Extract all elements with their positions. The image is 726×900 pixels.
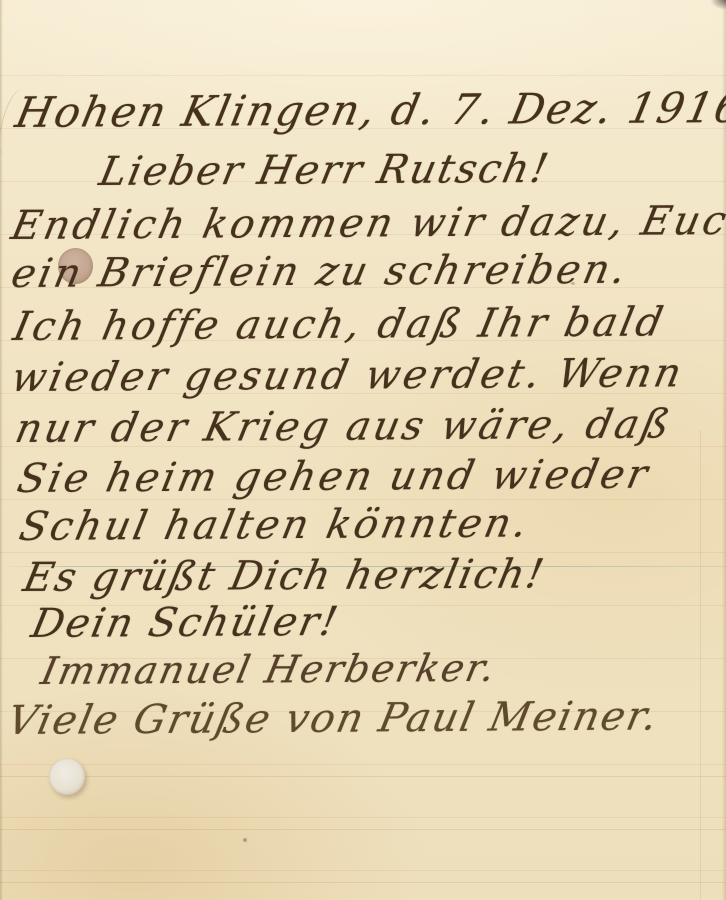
- paper-edge-right: [722, 0, 726, 900]
- signature: Immanuel Herberker.: [38, 649, 500, 690]
- corner-shadow: [710, 0, 726, 10]
- punch-hole-bottom: [49, 758, 85, 795]
- salutation: Lieber Herr Rutsch!: [96, 149, 553, 192]
- body-line: wieder gesund werdet. Wenn: [8, 353, 688, 398]
- body-line: Ich hoffe auch, daß Ihr bald: [10, 302, 669, 347]
- closing-line: Es grüßt Dich herzlich!: [20, 554, 549, 598]
- letter-page: Hohen Klingen, d. 7. Dez. 1916. Lieber H…: [0, 0, 726, 900]
- postscript: Viele Grüße von Paul Meiner.: [4, 696, 663, 741]
- dateline: Hohen Klingen, d. 7. Dez. 1916.: [12, 87, 726, 134]
- body-line: nur der Krieg aus wäre, daß: [12, 404, 676, 449]
- paper-speck: [571, 282, 575, 285]
- paper-speck: [243, 838, 247, 842]
- body-line: Sie heim gehen und wieder: [14, 455, 654, 499]
- closing-line: Dein Schüler!: [28, 602, 343, 644]
- paper-crease-right: [700, 430, 701, 900]
- body-line: Schul halten könnten.: [16, 503, 533, 547]
- body-line: ein Brieflein zu schreiben.: [8, 250, 632, 294]
- body-line: Endlich kommen wir dazu, Euch: [8, 201, 726, 246]
